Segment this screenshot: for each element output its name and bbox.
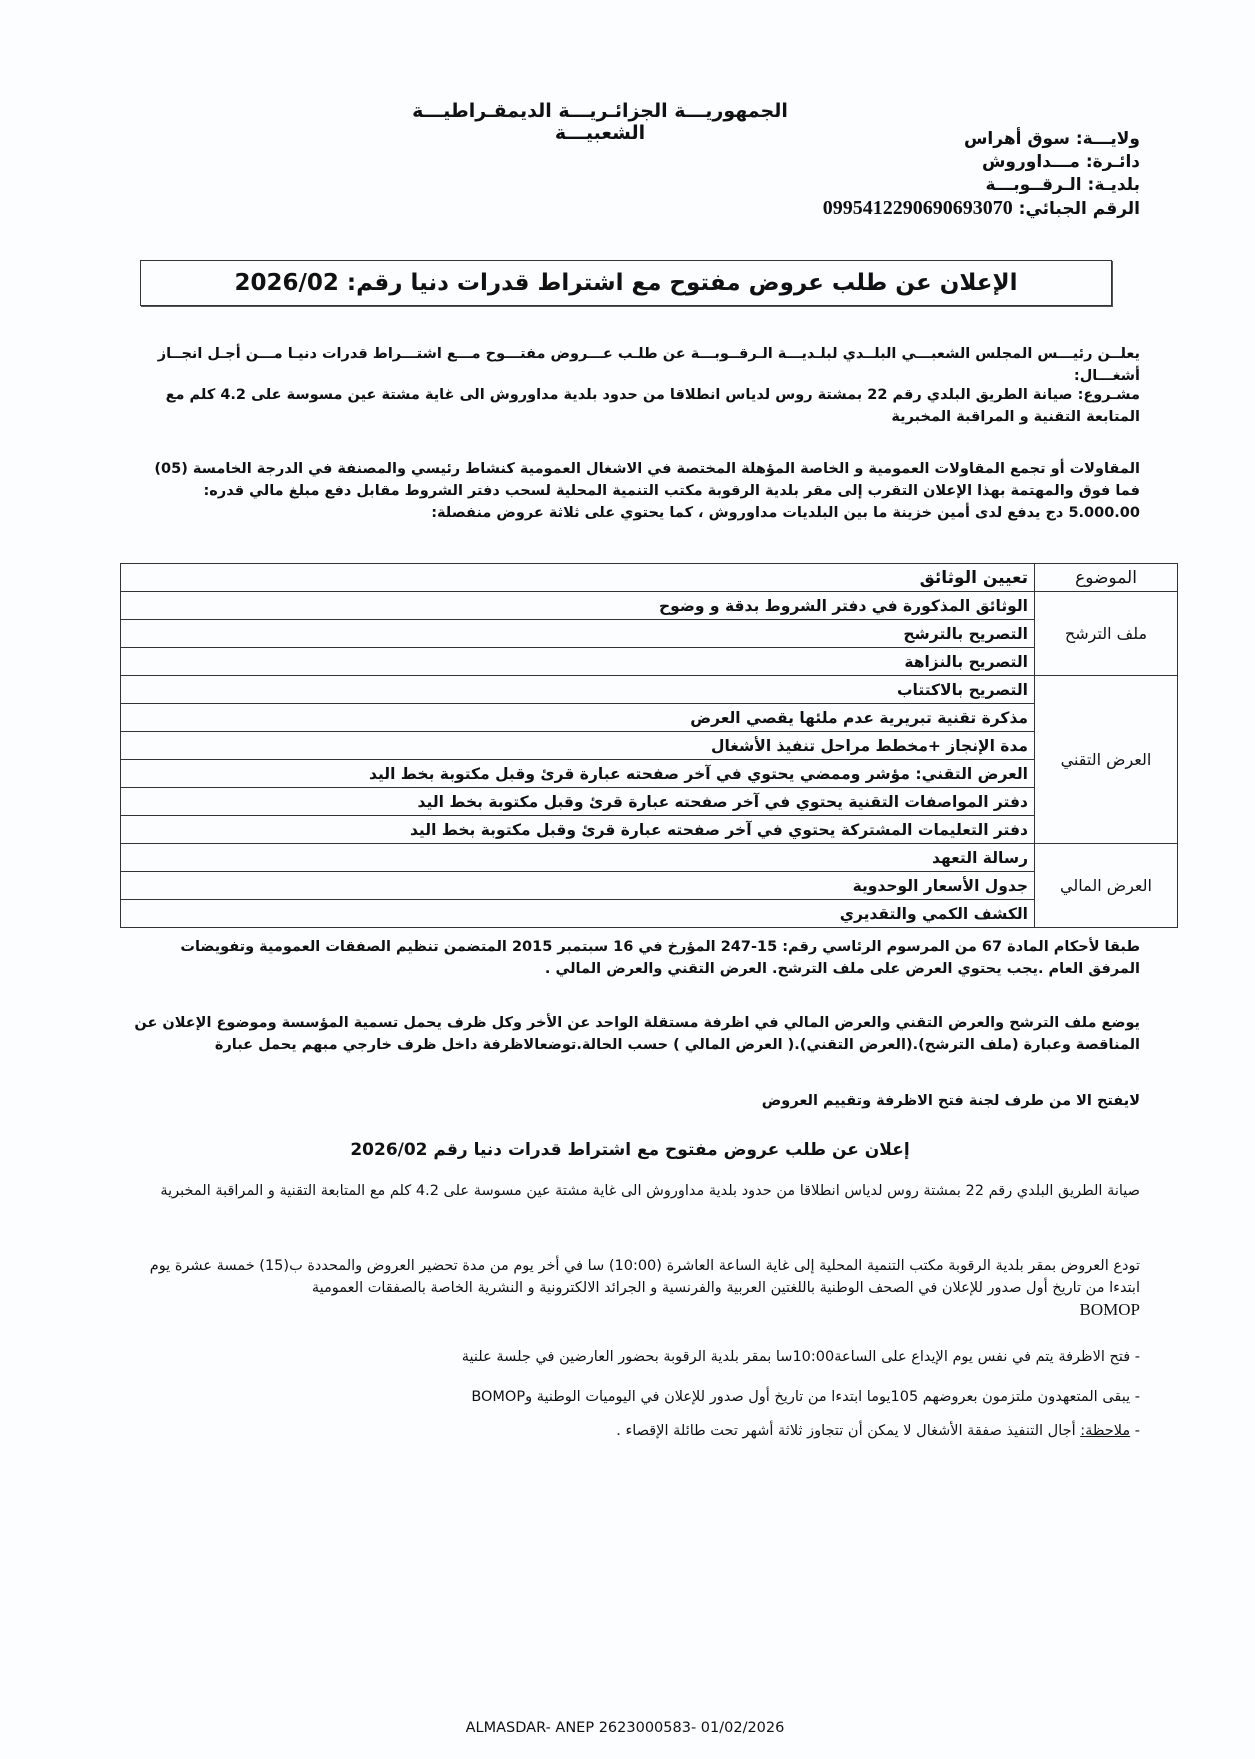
daira-value: مـــداوروش [982, 152, 1080, 172]
documents-table: الموضوع تعيين الوثائق ملف الترشح الوثائق… [120, 563, 1178, 928]
project-text: صيانة الطريق البلدي رقم 22 بمشتة روس لدي… [166, 387, 1140, 425]
document-item: جدول الأسعار الوحدوية [121, 872, 1035, 900]
deposit-paragraph: تودع العروض بمقر بلدية الرقوبة مكتب التن… [130, 1255, 1140, 1321]
daira-line: دائـرة: مـــداوروش [823, 151, 1140, 174]
document-item: العرض التقني: مؤشر وممضي يحتوي في آخر صف… [121, 760, 1035, 788]
project-paragraph: مشـروع: صيانة الطريق البلدي رقم 22 بمشتة… [130, 384, 1140, 428]
table-row: العرض التقني: مؤشر وممضي يحتوي في آخر صف… [121, 760, 1178, 788]
commune-value: الـرقــوبـــة [985, 175, 1081, 195]
footer-reference: ALMASDAR- ANEP 2623000583- 01/02/2026 [400, 1720, 850, 1736]
table-row: مدة الإنجاز +مخطط مراحل تنفيذ الأشغال [121, 732, 1178, 760]
commune-line: بلديـة: الـرقــوبـــة [823, 174, 1140, 197]
deposit-text: تودع العروض بمقر بلدية الرقوبة مكتب التن… [150, 1258, 1140, 1296]
wilaya-value: سوق أهراس [964, 129, 1070, 149]
eligibility-paragraph: المقاولات أو تجمع المقاولات العمومية و ا… [130, 458, 1140, 524]
table-header-row: الموضوع تعيين الوثائق [121, 564, 1178, 592]
opening-note: لايفتح الا من طرف لجنة فتح الاظرفة وتقيي… [130, 1090, 1140, 1112]
wilaya-label: ولايـــة: [1076, 129, 1140, 149]
bullet-opening: - فتح الاظرفة يتم في نفس يوم الإيداع على… [130, 1346, 1140, 1368]
table-row: التصريح بالنزاهة [121, 648, 1178, 676]
document-item: دفتر المواصفات التقنية يحتوي في آخر صفحت… [121, 788, 1035, 816]
table-row: مذكرة تقنية تبريرية عدم ملئها يقصي العرض [121, 704, 1178, 732]
announcement-title: الإعلان عن طلب عروض مفتوح مع اشتراط قدرا… [234, 270, 1017, 296]
tax-id-label: الرقم الجبائي: [1019, 199, 1140, 219]
project-label: مشـروع: [1078, 387, 1140, 403]
deposit-bomop: BOMOP [130, 1299, 1140, 1321]
note-paragraph: - ملاحظة: أجال التنفيذ صفقة الأشغال لا ي… [130, 1420, 1140, 1442]
table-row: جدول الأسعار الوحدوية [121, 872, 1178, 900]
document-item: رسالة التعهد [121, 844, 1035, 872]
second-title: إعلان عن طلب عروض مفتوح مع اشتراط قدرات … [300, 1140, 960, 1160]
document-item: التصريح بالنزاهة [121, 648, 1035, 676]
document-item: مذكرة تقنية تبريرية عدم ملئها يقصي العرض [121, 704, 1035, 732]
bullet-validity: - يبقى المتعهدون ملتزمون بعروضهم 105يوما… [130, 1386, 1140, 1408]
document-item: مدة الإنجاز +مخطط مراحل تنفيذ الأشغال [121, 732, 1035, 760]
table-row: دفتر التعليمات المشتركة يحتوي في آخر صفح… [121, 816, 1178, 844]
document-item: الوثائق المذكورة في دفتر الشروط بدقة و و… [121, 592, 1035, 620]
table-row: دفتر المواصفات التقنية يحتوي في آخر صفحت… [121, 788, 1178, 816]
daira-label: دائـرة: [1086, 152, 1140, 172]
subject-candidature: ملف الترشح [1035, 592, 1178, 676]
note-label: ملاحظة: [1080, 1423, 1130, 1439]
admin-block: ولايـــة: سوق أهراس دائـرة: مـــداوروش ب… [823, 128, 1140, 221]
commune-label: بلديـة: [1088, 175, 1140, 195]
tax-id-line: الرقم الجبائي: 0995412290690693070 [823, 197, 1140, 221]
subject-technical-offer: العرض التقني [1035, 676, 1178, 844]
document-page: الجمهوريـــة الجزائـريـــة الديمقـراطيــ… [0, 0, 1255, 1759]
announcement-title-box: الإعلان عن طلب عروض مفتوح مع اشتراط قدرا… [140, 260, 1112, 306]
wilaya-line: ولايـــة: سوق أهراس [823, 128, 1140, 151]
table-row: ملف الترشح الوثائق المذكورة في دفتر الشر… [121, 592, 1178, 620]
document-item: التصريح بالاكتتاب [121, 676, 1035, 704]
subject-financial-offer: العرض المالي [1035, 844, 1178, 928]
tax-id-value: 0995412290690693070 [823, 197, 1013, 219]
document-item: الكشف الكمي والتقديري [121, 900, 1035, 928]
envelopes-paragraph: يوضع ملف الترشح والعرض التقني والعرض الم… [130, 1012, 1140, 1056]
table-row: الكشف الكمي والتقديري [121, 900, 1178, 928]
header-subject: الموضوع [1035, 564, 1178, 592]
table-row: العرض المالي رسالة التعهد [121, 844, 1178, 872]
table-row: العرض التقني التصريح بالاكتتاب [121, 676, 1178, 704]
note-text: أجال التنفيذ صفقة الأشغال لا يمكن أن تتج… [616, 1423, 1075, 1439]
table-row: التصريح بالترشح [121, 620, 1178, 648]
legal-basis-paragraph: طبقا لأحكام المادة 67 من المرسوم الرئاسي… [130, 936, 1140, 980]
intro-paragraph: يعلــن رئيـــس المجلس الشعبـــي البلــدي… [130, 343, 1140, 387]
document-item: التصريح بالترشح [121, 620, 1035, 648]
header-documents: تعيين الوثائق [121, 564, 1035, 592]
document-item: دفتر التعليمات المشتركة يحتوي في آخر صفح… [121, 816, 1035, 844]
republic-heading: الجمهوريـــة الجزائـريـــة الديمقـراطيــ… [380, 100, 820, 144]
second-project-paragraph: صيانة الطريق البلدي رقم 22 بمشتة روس لدي… [130, 1180, 1140, 1202]
